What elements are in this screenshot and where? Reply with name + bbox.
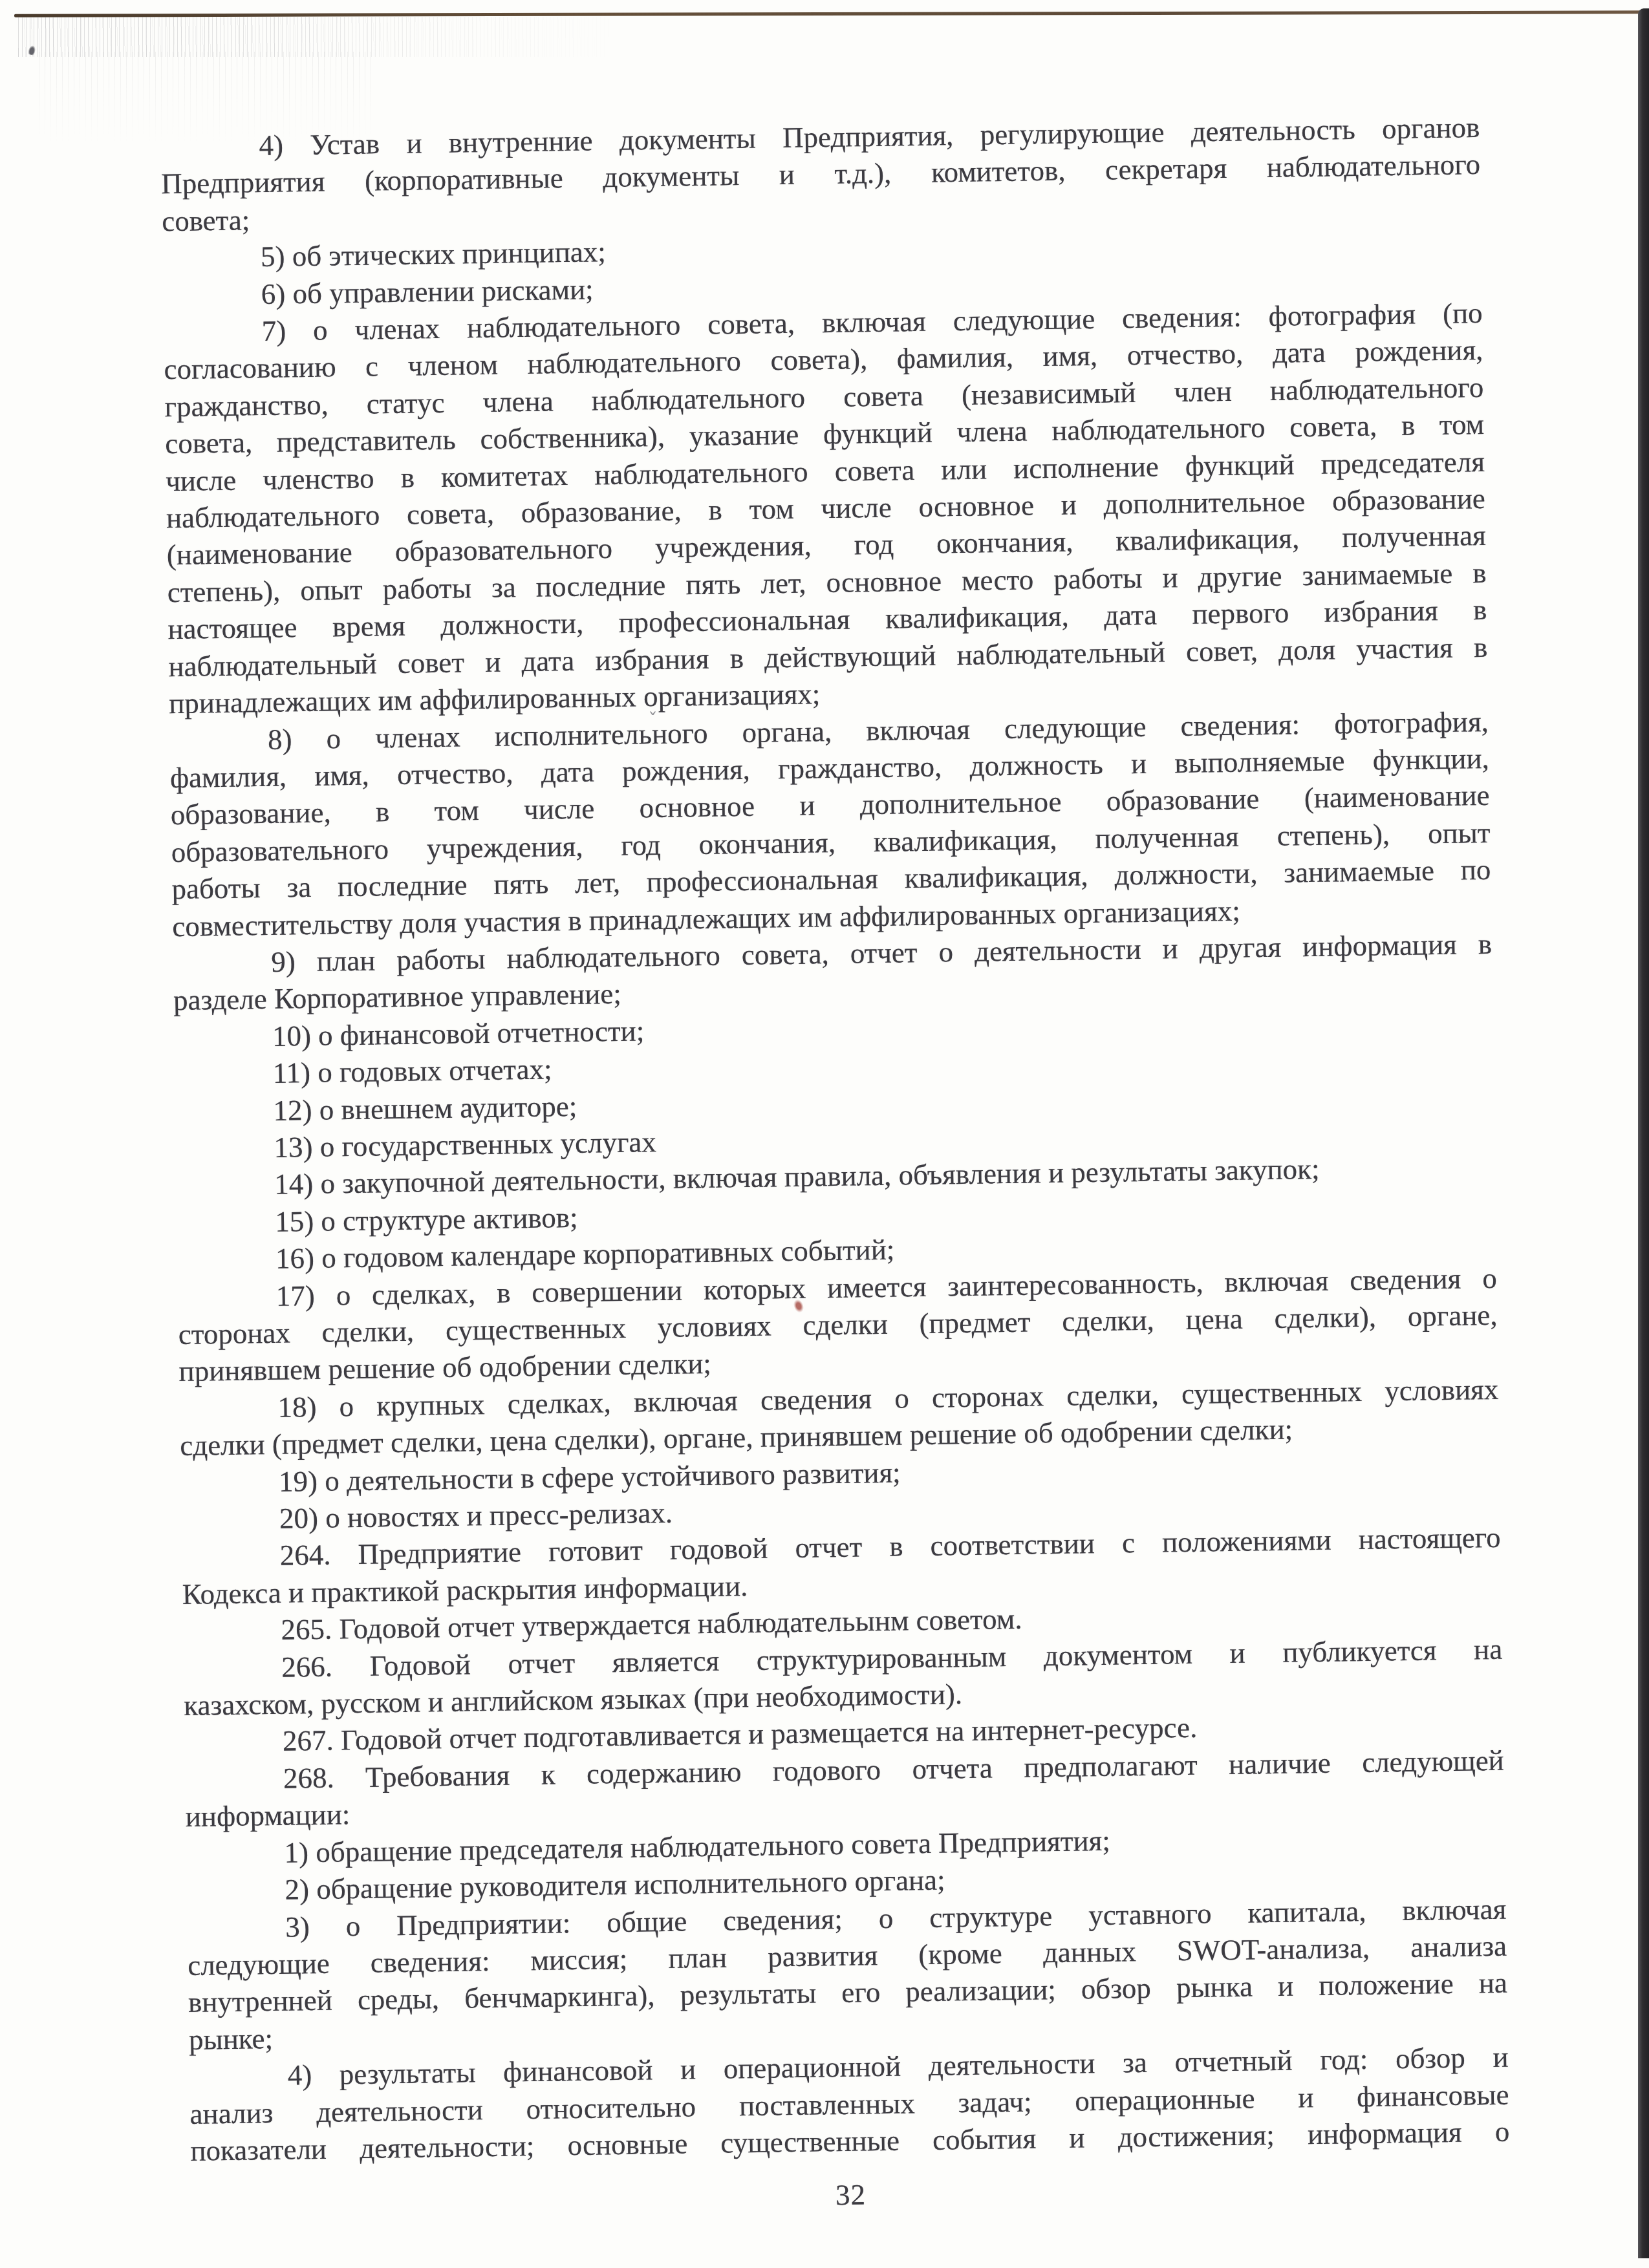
page-number: 32 bbox=[191, 2167, 1511, 2224]
paragraph: 4) Устав и внутренние документы Предприя… bbox=[160, 109, 1481, 240]
document-text: 4) Устав и внутренние документы Предприя… bbox=[160, 109, 1511, 2224]
paragraph: 17) о сделках, в совершении которых имее… bbox=[177, 1259, 1498, 1390]
scanned-page: { "colors":{ "paper":"#fdfdfb", "ink":"#… bbox=[0, 0, 1649, 2268]
paragraph: 4) результаты финансовой и операционной … bbox=[189, 2039, 1509, 2170]
paragraph-container: 4) Устав и внутренние документы Предприя… bbox=[160, 109, 1510, 2170]
scan-noise-band bbox=[18, 17, 620, 57]
paragraph: 3) о Предприятии: общие сведения; о стру… bbox=[187, 1890, 1508, 2059]
scan-edge-strip bbox=[1638, 8, 1649, 2258]
paragraph: 7) о членах наблюдательного совета, вклю… bbox=[163, 295, 1488, 723]
paragraph: 8) о членах исполнительного органа, вклю… bbox=[169, 703, 1492, 945]
